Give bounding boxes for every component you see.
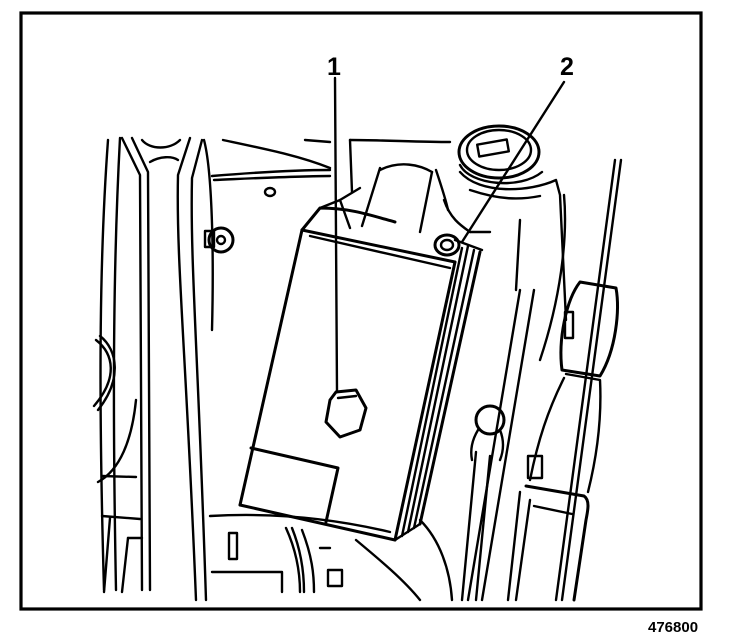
figure-number: 476800 <box>648 619 698 636</box>
left-bracket <box>94 138 390 600</box>
figure-border <box>21 13 701 609</box>
bolt-hole-icon <box>265 188 275 196</box>
callout-2-leader <box>462 82 564 242</box>
callout-1-leader <box>335 78 337 392</box>
module-housing <box>240 200 482 540</box>
illustration-frame <box>0 0 736 644</box>
fluid-line <box>356 290 534 600</box>
connector-block-icon <box>561 282 617 376</box>
technical-illustration <box>0 0 736 644</box>
callout-1-label: 1 <box>327 55 341 80</box>
callout-2-label: 2 <box>560 55 574 80</box>
mounting-bolt-icon <box>435 235 459 255</box>
